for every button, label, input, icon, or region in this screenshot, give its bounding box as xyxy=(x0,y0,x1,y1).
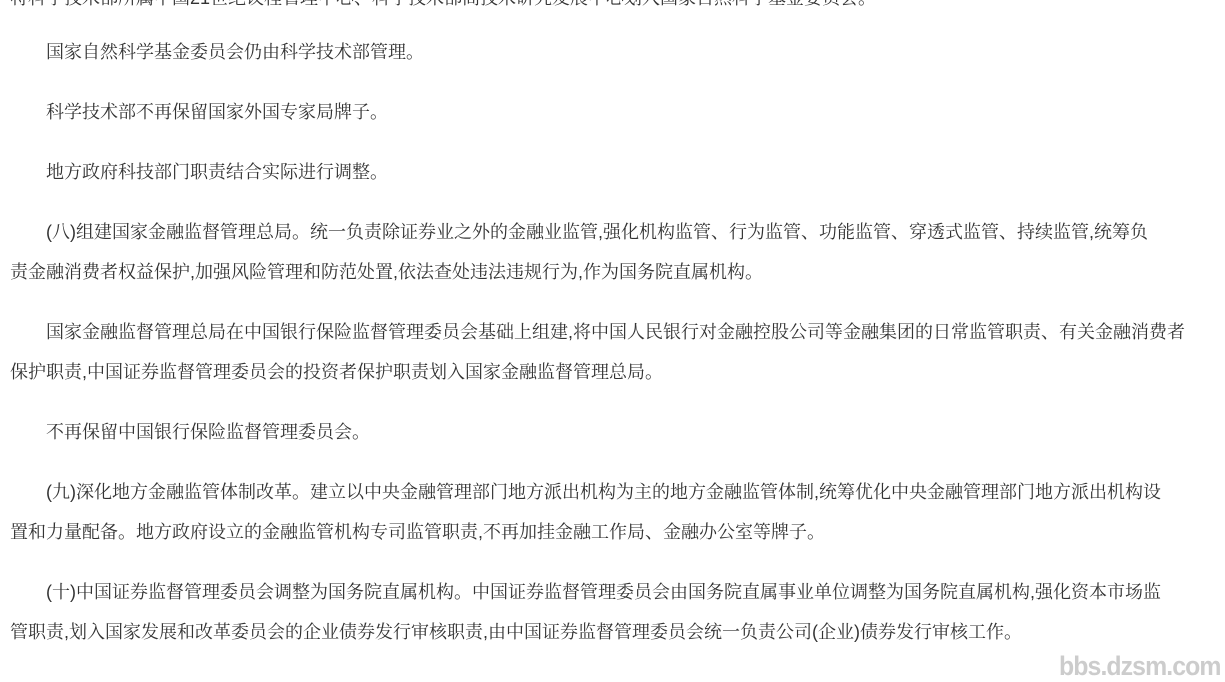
text-line: 地方政府科技部门职责结合实际进行调整。 xyxy=(10,152,1215,192)
document-page: 将科学技术部所属中国21世纪议程管理中心、科学技术部高技术研究发展中心划入国家自… xyxy=(0,0,1225,682)
paragraph: (九)深化地方金融监管体制改革。建立以中央金融管理部门地方派出机构为主的地方金融… xyxy=(10,472,1215,552)
text-line: (九)深化地方金融监管体制改革。建立以中央金融管理部门地方派出机构为主的地方金融… xyxy=(10,472,1215,512)
text-line: (八)组建国家金融监督管理总局。统一负责除证券业之外的金融业监管,强化机构监管、… xyxy=(10,212,1215,252)
text-line: 保护职责,中国证券监督管理委员会的投资者保护职责划入国家金融监督管理总局。 xyxy=(10,352,1215,392)
text-line: 置和力量配备。地方政府设立的金融监管机构专司监管职责,不再加挂金融工作局、金融办… xyxy=(10,512,1215,552)
text-line: 国家自然科学基金委员会仍由科学技术部管理。 xyxy=(10,32,1215,72)
text-line: 国家金融监督管理总局在中国银行保险监督管理委员会基础上组建,将中国人民银行对金融… xyxy=(10,312,1215,352)
paragraph: 地方政府科技部门职责结合实际进行调整。 xyxy=(10,152,1215,192)
paragraph: 不再保留中国银行保险监督管理委员会。 xyxy=(10,412,1215,452)
site-watermark: bbs.dzsm.com xyxy=(1059,651,1221,682)
text-line: 科学技术部不再保留国家外国专家局牌子。 xyxy=(10,92,1215,132)
paragraph: (八)组建国家金融监督管理总局。统一负责除证券业之外的金融业监管,强化机构监管、… xyxy=(10,212,1215,292)
text-line: 不再保留中国银行保险监督管理委员会。 xyxy=(10,412,1215,452)
paragraph: 国家自然科学基金委员会仍由科学技术部管理。 xyxy=(10,32,1215,72)
text-line: 责金融消费者权益保护,加强风险管理和防范处置,依法查处违法违规行为,作为国务院直… xyxy=(10,252,1215,292)
paragraph: (十)中国证券监督管理委员会调整为国务院直属机构。中国证券监督管理委员会由国务院… xyxy=(10,572,1215,652)
clipped-text-line: 将科学技术部所属中国21世纪议程管理中心、科学技术部高技术研究发展中心划入国家自… xyxy=(10,0,876,7)
text-line: 管职责,划入国家发展和改革委员会的企业债券发行审核职责,由中国证券监督管理委员会… xyxy=(10,612,1215,652)
paragraph: 科学技术部不再保留国家外国专家局牌子。 xyxy=(10,92,1215,132)
text-line: (十)中国证券监督管理委员会调整为国务院直属机构。中国证券监督管理委员会由国务院… xyxy=(10,572,1215,612)
paragraph: 国家金融监督管理总局在中国银行保险监督管理委员会基础上组建,将中国人民银行对金融… xyxy=(10,312,1215,392)
